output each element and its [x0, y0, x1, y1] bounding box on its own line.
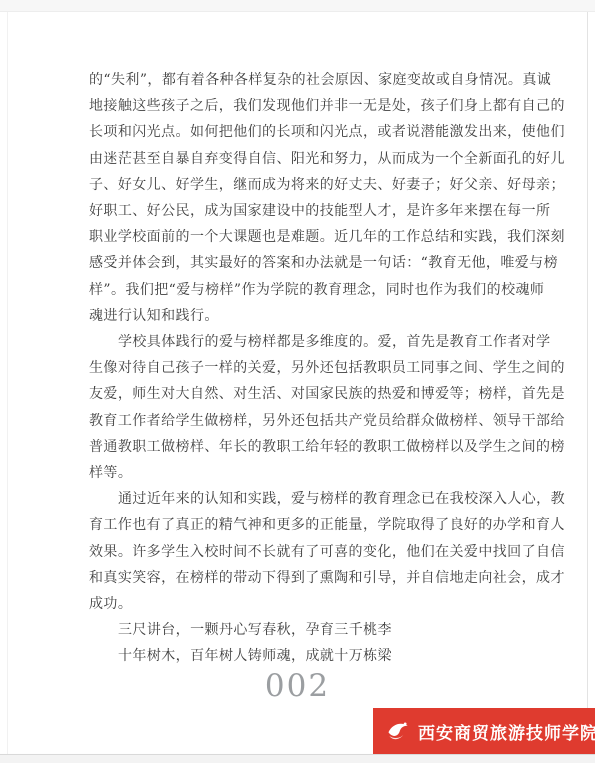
text-line: 的“失利”，都有着各种各样复杂的社会原因、家庭变故或自身情况。真诚	[89, 67, 551, 93]
text-line: 三尺讲台，一颗丹心写春秋，孕育三千桃李	[89, 617, 551, 643]
text-line: 友爱，师生对大自然、对生活、对国家民族的热爱和博爱等；榜样，首先是	[89, 381, 551, 407]
text-line: 长项和闪光点。如何把他们的长项和闪光点，或者说潜能激发出来，使他们	[89, 119, 551, 145]
text-line: 地接触这些孩子之后，我们发现他们并非一无是处，孩子们身上都有自己的	[89, 93, 551, 119]
text-line: 好职工、好公民，成为国家建设中的技能型人才，是许多年来摆在每一所	[89, 198, 551, 224]
page-top-edge	[0, 0, 595, 12]
text-line: 样等。	[89, 460, 551, 486]
text-line: 教育工作者给学生做榜样，另外还包括共产党员给群众做榜样、领导干部给	[89, 408, 551, 434]
text-line: 子、好女儿、好学生，继而成为将来的好丈夫、好妻子；好父亲、好母亲；	[89, 172, 551, 198]
body-text: 的“失利”，都有着各种各样复杂的社会原因、家庭变故或自身情况。真诚地接触这些孩子…	[89, 67, 551, 670]
page-left-edge	[7, 12, 8, 754]
scanned-book-page: 的“失利”，都有着各种各样复杂的社会原因、家庭变故或自身情况。真诚地接触这些孩子…	[0, 0, 595, 763]
text-line: 样”。我们把“爱与榜样”作为学院的教育理念，同时也作为我们的校魂师	[89, 277, 551, 303]
text-line: 感受并体会到，其实最好的答案和办法就是一句话：“教育无他，唯爱与榜	[89, 250, 551, 276]
text-line: 魂进行认知和践行。	[89, 303, 551, 329]
bird-emblem-icon	[385, 718, 411, 744]
page-right-edge	[587, 12, 588, 754]
page-bottom-strip	[0, 755, 595, 763]
text-line: 育工作也有了真正的精气神和更多的正能量，学院取得了良好的办学和育人	[89, 512, 551, 538]
text-line: 通过近年来的认知和实践，爱与榜样的教育理念已在我校深入人心，教	[89, 486, 551, 512]
text-line: 效果。许多学生入校时间不长就有了可喜的变化，他们在关爱中找回了自信	[89, 539, 551, 565]
school-name: 西安商贸旅游技师学院	[418, 719, 595, 744]
page-number: 002	[0, 668, 595, 704]
text-line: 和真实笑容，在榜样的带动下得到了熏陶和引导，并自信地走向社会，成才	[89, 565, 551, 591]
text-line: 职业学校面前的一个大课题也是难题。近几年的工作总结和实践，我们深刻	[89, 224, 551, 250]
school-banner: 西安商贸旅游技师学院	[373, 708, 595, 754]
text-line: 普通教职工做榜样、年长的教职工给年轻的教职工做榜样以及学生之间的榜	[89, 434, 551, 460]
text-line: 十年树木，百年树人铸师魂，成就十万栋梁	[89, 643, 551, 669]
text-line: 生像对待自己孩子一样的关爱，另外还包括教职员工同事之间、学生之间的	[89, 355, 551, 381]
text-line: 学校具体践行的爱与榜样都是多维度的。爱，首先是教育工作者对学	[89, 329, 551, 355]
text-line: 由迷茫甚至自暴自弃变得自信、阳光和努力，从而成为一个全新面孔的好儿	[89, 146, 551, 172]
text-line: 成功。	[89, 591, 551, 617]
